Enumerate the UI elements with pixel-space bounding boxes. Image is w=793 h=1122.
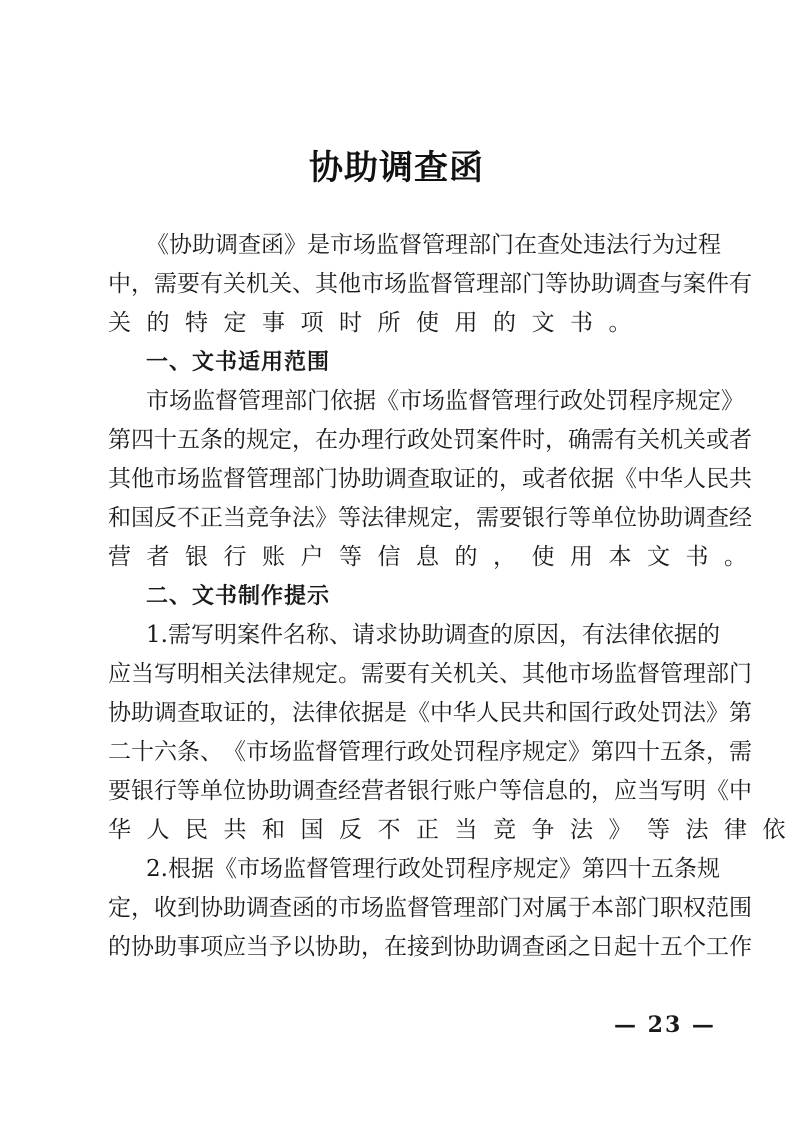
page-title: 协助调查函 — [0, 140, 793, 189]
text-line: 《协助调查函》是市场监督管理部门在查处违法行为过程 — [146, 226, 698, 265]
text-line: 1.需写明案件名称、请求协助调查的原因，有法律依据的 — [146, 616, 698, 655]
text-line: 协助调查取证的，法律依据是《中华人民共和国行政处罚法》第 — [108, 694, 698, 733]
text-line: 第四十五条的规定，在办理行政处罚案件时，确需有关机关或者 — [108, 421, 698, 460]
text-line: 二十六条、《市场监督管理行政处罚程序规定》第四十五条，需 — [108, 733, 698, 772]
text-line: 中，需要有关机关、其他市场监督管理部门等协助调查与案件有 — [108, 265, 698, 304]
section-heading: 二、文书制作提示 — [146, 577, 698, 616]
text-line: 定，收到协助调查函的市场监督管理部门对属于本部门职权范围 — [108, 889, 698, 928]
text-line: 应当写明相关法律规定。需要有关机关、其他市场监督管理部门 — [108, 655, 698, 694]
text-line: 要银行等单位协助调查经营者银行账户等信息的，应当写明《中 — [108, 772, 698, 811]
page-number: — 23 — — [614, 1012, 716, 1038]
text-line: 关的特定事项时所使用的文书。 — [108, 304, 698, 343]
text-line: 市场监督管理部门依据《市场监督管理行政处罚程序规定》 — [146, 382, 698, 421]
section-heading: 一、文书适用范围 — [146, 343, 698, 382]
text-line: 的协助事项应当予以协助，在接到协助调查函之日起十五个工作 — [108, 928, 698, 967]
text-line: 和国反不正当竞争法》等法律规定，需要银行等单位协助调查经 — [108, 499, 698, 538]
text-line: 营者银行账户等信息的，使用本文书。 — [108, 538, 698, 577]
text-line: 其他市场监督管理部门协助调查取证的，或者依据《中华人民共 — [108, 460, 698, 499]
text-line: 2.根据《市场监督管理行政处罚程序规定》第四十五条规 — [146, 850, 698, 889]
text-line: 华人民共和国反不正当竞争法》等法律依据具体条款。 — [108, 811, 698, 850]
